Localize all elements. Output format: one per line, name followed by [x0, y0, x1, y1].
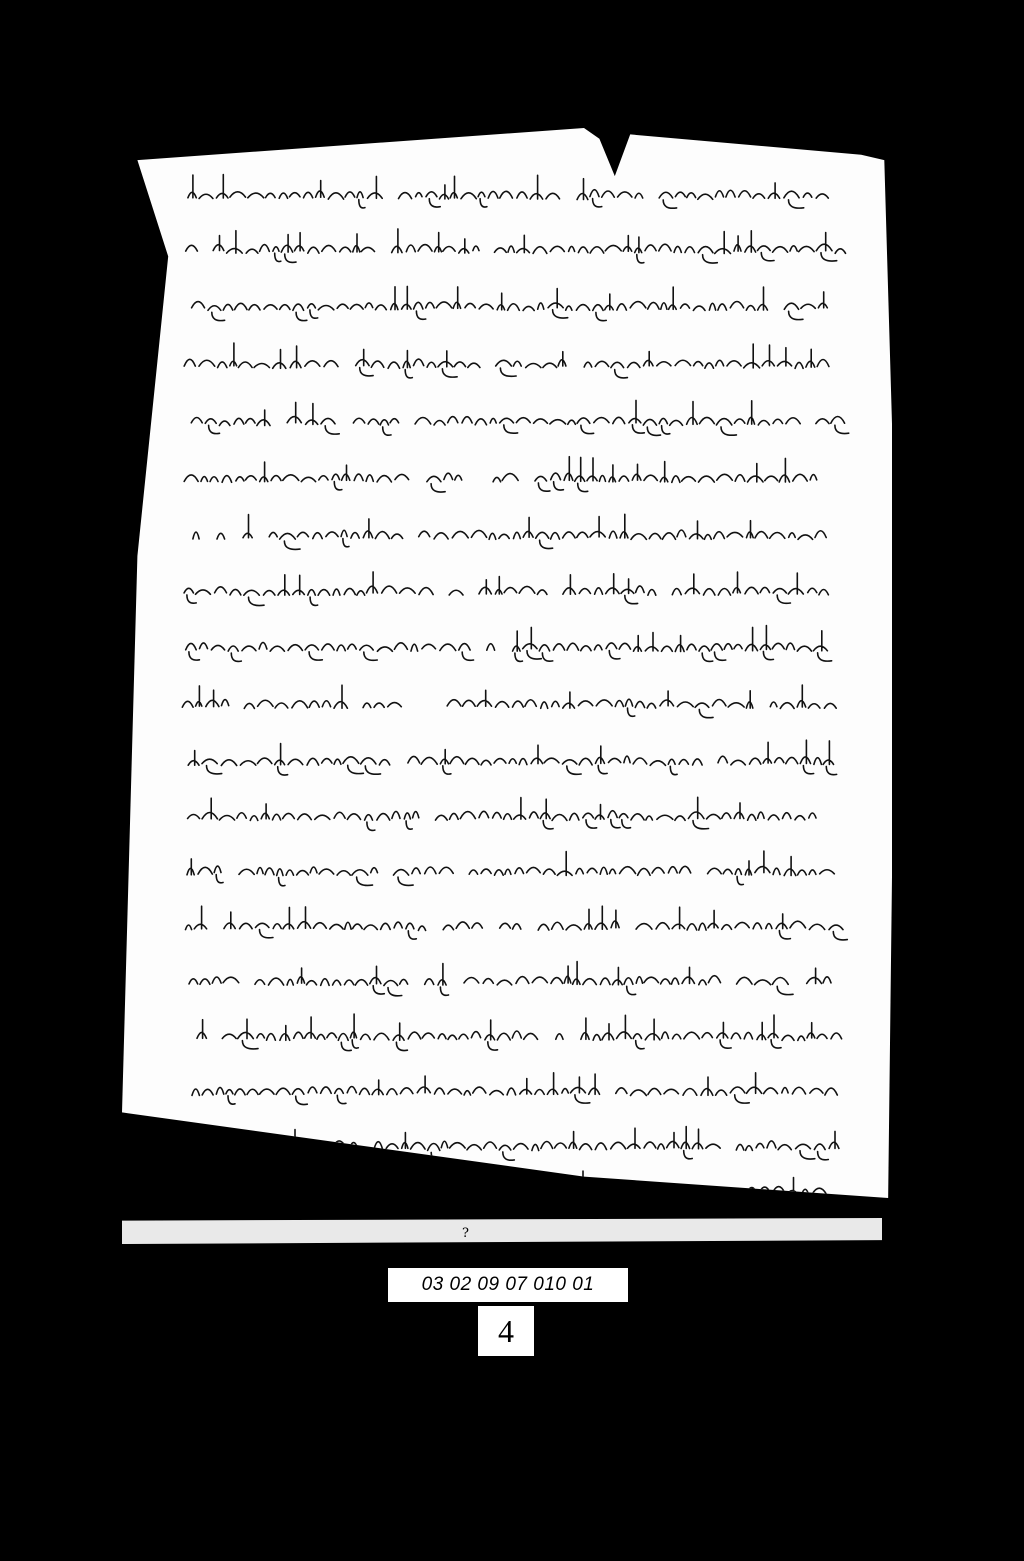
manuscript-line — [122, 398, 892, 446]
page-number-label: 4 — [478, 1306, 534, 1356]
manuscript-line — [122, 848, 892, 896]
manuscript-line — [122, 568, 892, 616]
manuscript-page — [122, 128, 892, 1198]
manuscript-line — [122, 283, 892, 331]
manuscript-line — [122, 624, 892, 672]
manuscript-line — [122, 1123, 892, 1171]
manuscript-line — [122, 903, 892, 951]
manuscript-line — [122, 172, 892, 220]
manuscript-line — [122, 341, 892, 389]
paper-strip — [122, 1218, 882, 1244]
manuscript-line — [122, 958, 892, 1006]
manuscript-line — [122, 738, 892, 786]
strip-mark: ? — [462, 1226, 469, 1241]
manuscript-line — [122, 1068, 892, 1116]
manuscript-line — [122, 455, 892, 503]
archive-reference-label: 03 02 09 07 010 01 — [388, 1268, 628, 1302]
manuscript-line — [122, 226, 892, 274]
manuscript-line — [122, 512, 892, 560]
manuscript-line — [122, 1013, 892, 1061]
manuscript-line — [122, 681, 892, 729]
manuscript-line — [122, 1168, 892, 1216]
manuscript-line — [122, 793, 892, 841]
